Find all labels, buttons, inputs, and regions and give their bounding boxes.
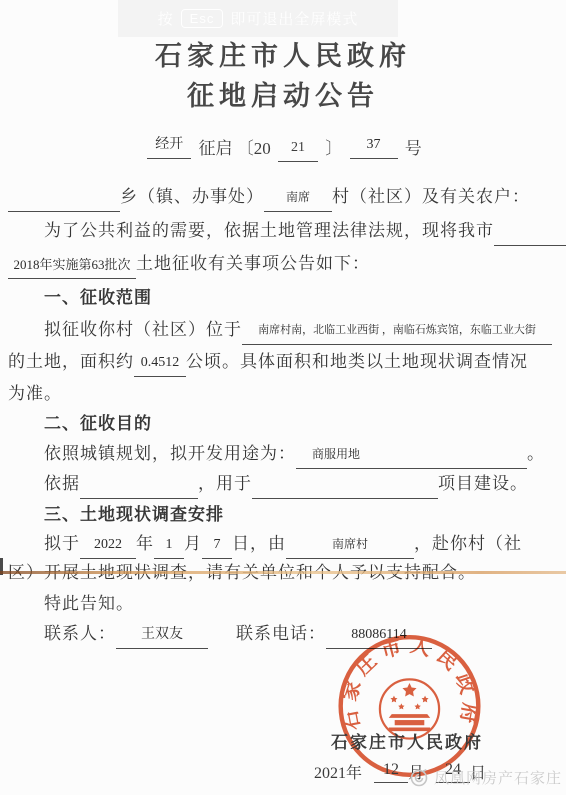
s2-text-2: 。 [527,444,545,463]
section3-heading: 三、土地现状调查安排 [8,500,558,530]
section1-line-1: 拟征收你村（社区）位于南席村南，北临工业西街 ，南临石炼宾馆，东临工业大街 [8,315,558,345]
location-fill: 南席村南，北临工业西街 ，南临石炼宾馆，东临工业大街 [242,317,552,345]
intro-line-1: 为了公共利益的需要，依据土地管理法律法规，现将我市 [8,216,558,246]
city-batch-blank [494,218,566,246]
doc-no-year-fill: 21 [278,134,318,162]
fullscreen-exit-hint: 按 Esc 即可退出全屏模式 [118,0,398,37]
document-title-notice: 征地启动公告 [0,74,566,113]
intro-text-1: 为了公共利益的需要，依据土地管理法律法规，现将我市 [44,221,494,240]
intro-line-2: 2018年实施第63批次土地征收有关事项公告如下： [8,249,558,279]
hint-prefix: 按 [158,8,174,29]
doc-no-type: 征启 [199,139,233,158]
phoenix-logo-icon [408,766,430,788]
s2-text-4: ，用于 [198,474,252,493]
intro-text-2: 土地征收有关事项公告如下： [136,254,370,273]
doc-no-org-fill: 经开 [147,131,191,159]
survey-year-fill: 2022 [80,531,136,559]
date-month: 12 [374,758,408,783]
s1-text-3: 公顷。具体面积和地类以土地现状调查情况 [186,352,528,371]
contact-person-fill: 王双友 [116,621,208,649]
emblem-gate-roof [389,714,430,718]
notice-line: 特此告知。 [8,589,558,619]
section1-line-2: 的土地，面积约0.4512公顷。具体面积和地类以土地现状调查情况 [8,347,558,377]
basis-blank [80,471,198,499]
village-fill: 南席 [264,184,332,212]
watermark-text: 凤凰网房产石家庄 [434,767,562,788]
project-blank [252,471,438,499]
date-year-unit: 年 [346,765,362,782]
s2-text-1: 依照城镇规划，拟开发用途为： [44,444,296,463]
s2-text-3: 依据 [44,474,80,493]
salutation-text-1: 乡（镇、办事处） [120,187,264,206]
survey-org-fill: 南席村 [286,531,414,559]
contact-phone-label: 联系电话： [236,624,326,643]
salutation-text-2: 村（社区）及有关农户： [332,187,530,206]
section2-heading: 二、征收目的 [8,409,558,439]
s1-text-1: 拟征收你村（社区）位于 [44,320,242,339]
section1-heading: 一、征收范围 [8,283,558,313]
contact-person-label: 联系人： [44,624,116,643]
batch-fill: 2018年实施第63批次 [8,251,136,279]
survey-day-fill: 7 [202,531,232,559]
date-year: 2021 [314,765,346,782]
s3-text-2: 年 [136,534,154,553]
signature-organization: 石家庄市人民政府 [331,728,483,753]
scanned-notice-document: 按 Esc 即可退出全屏模式 石家庄市人民政府 征地启动公告 经开 征启 〔20… [0,0,566,795]
watermark: 凤凰网房产石家庄 [408,766,562,788]
s3-text-4: 日，由 [232,534,286,553]
section3-line-1: 拟于2022年1月7日，由南席村，赴你村（社 [8,529,558,559]
s3-text-1: 拟于 [44,534,80,553]
section2-line-2: 依据，用于项目建设。 [8,469,558,499]
s1-text-2: 的土地，面积约 [8,352,134,371]
doc-no-bracket-close: 〕 [325,139,342,158]
section1-line-3: 为准。 [8,379,558,409]
doc-no-suffix: 号 [405,139,422,158]
use-fill: 商服用地 [296,441,527,469]
salutation-line: 乡（镇、办事处）南席村（社区）及有关农户： [8,182,558,212]
doc-no-bracket-open: 〔20 [237,139,271,158]
township-blank [8,184,120,212]
area-fill: 0.4512 [134,349,186,377]
document-number-line: 经开 征启 〔20 21 〕 37 号 [0,131,566,159]
s3-text-5: ，赴你村（社 [414,534,522,553]
esc-key-badge: Esc [181,9,224,28]
emblem-gate-body [395,720,425,725]
survey-month-fill: 1 [154,531,184,559]
s3-text-3: 月 [184,534,202,553]
document-title-government: 石家庄市人民政府 [0,34,566,73]
scan-artifact-line [0,571,566,574]
section2-line-1: 依照城镇规划，拟开发用途为：商服用地。 [8,439,558,469]
s2-text-5: 项目建设。 [438,474,528,493]
doc-no-serial-fill: 37 [350,131,398,159]
hint-suffix: 即可退出全屏模式 [230,8,358,29]
